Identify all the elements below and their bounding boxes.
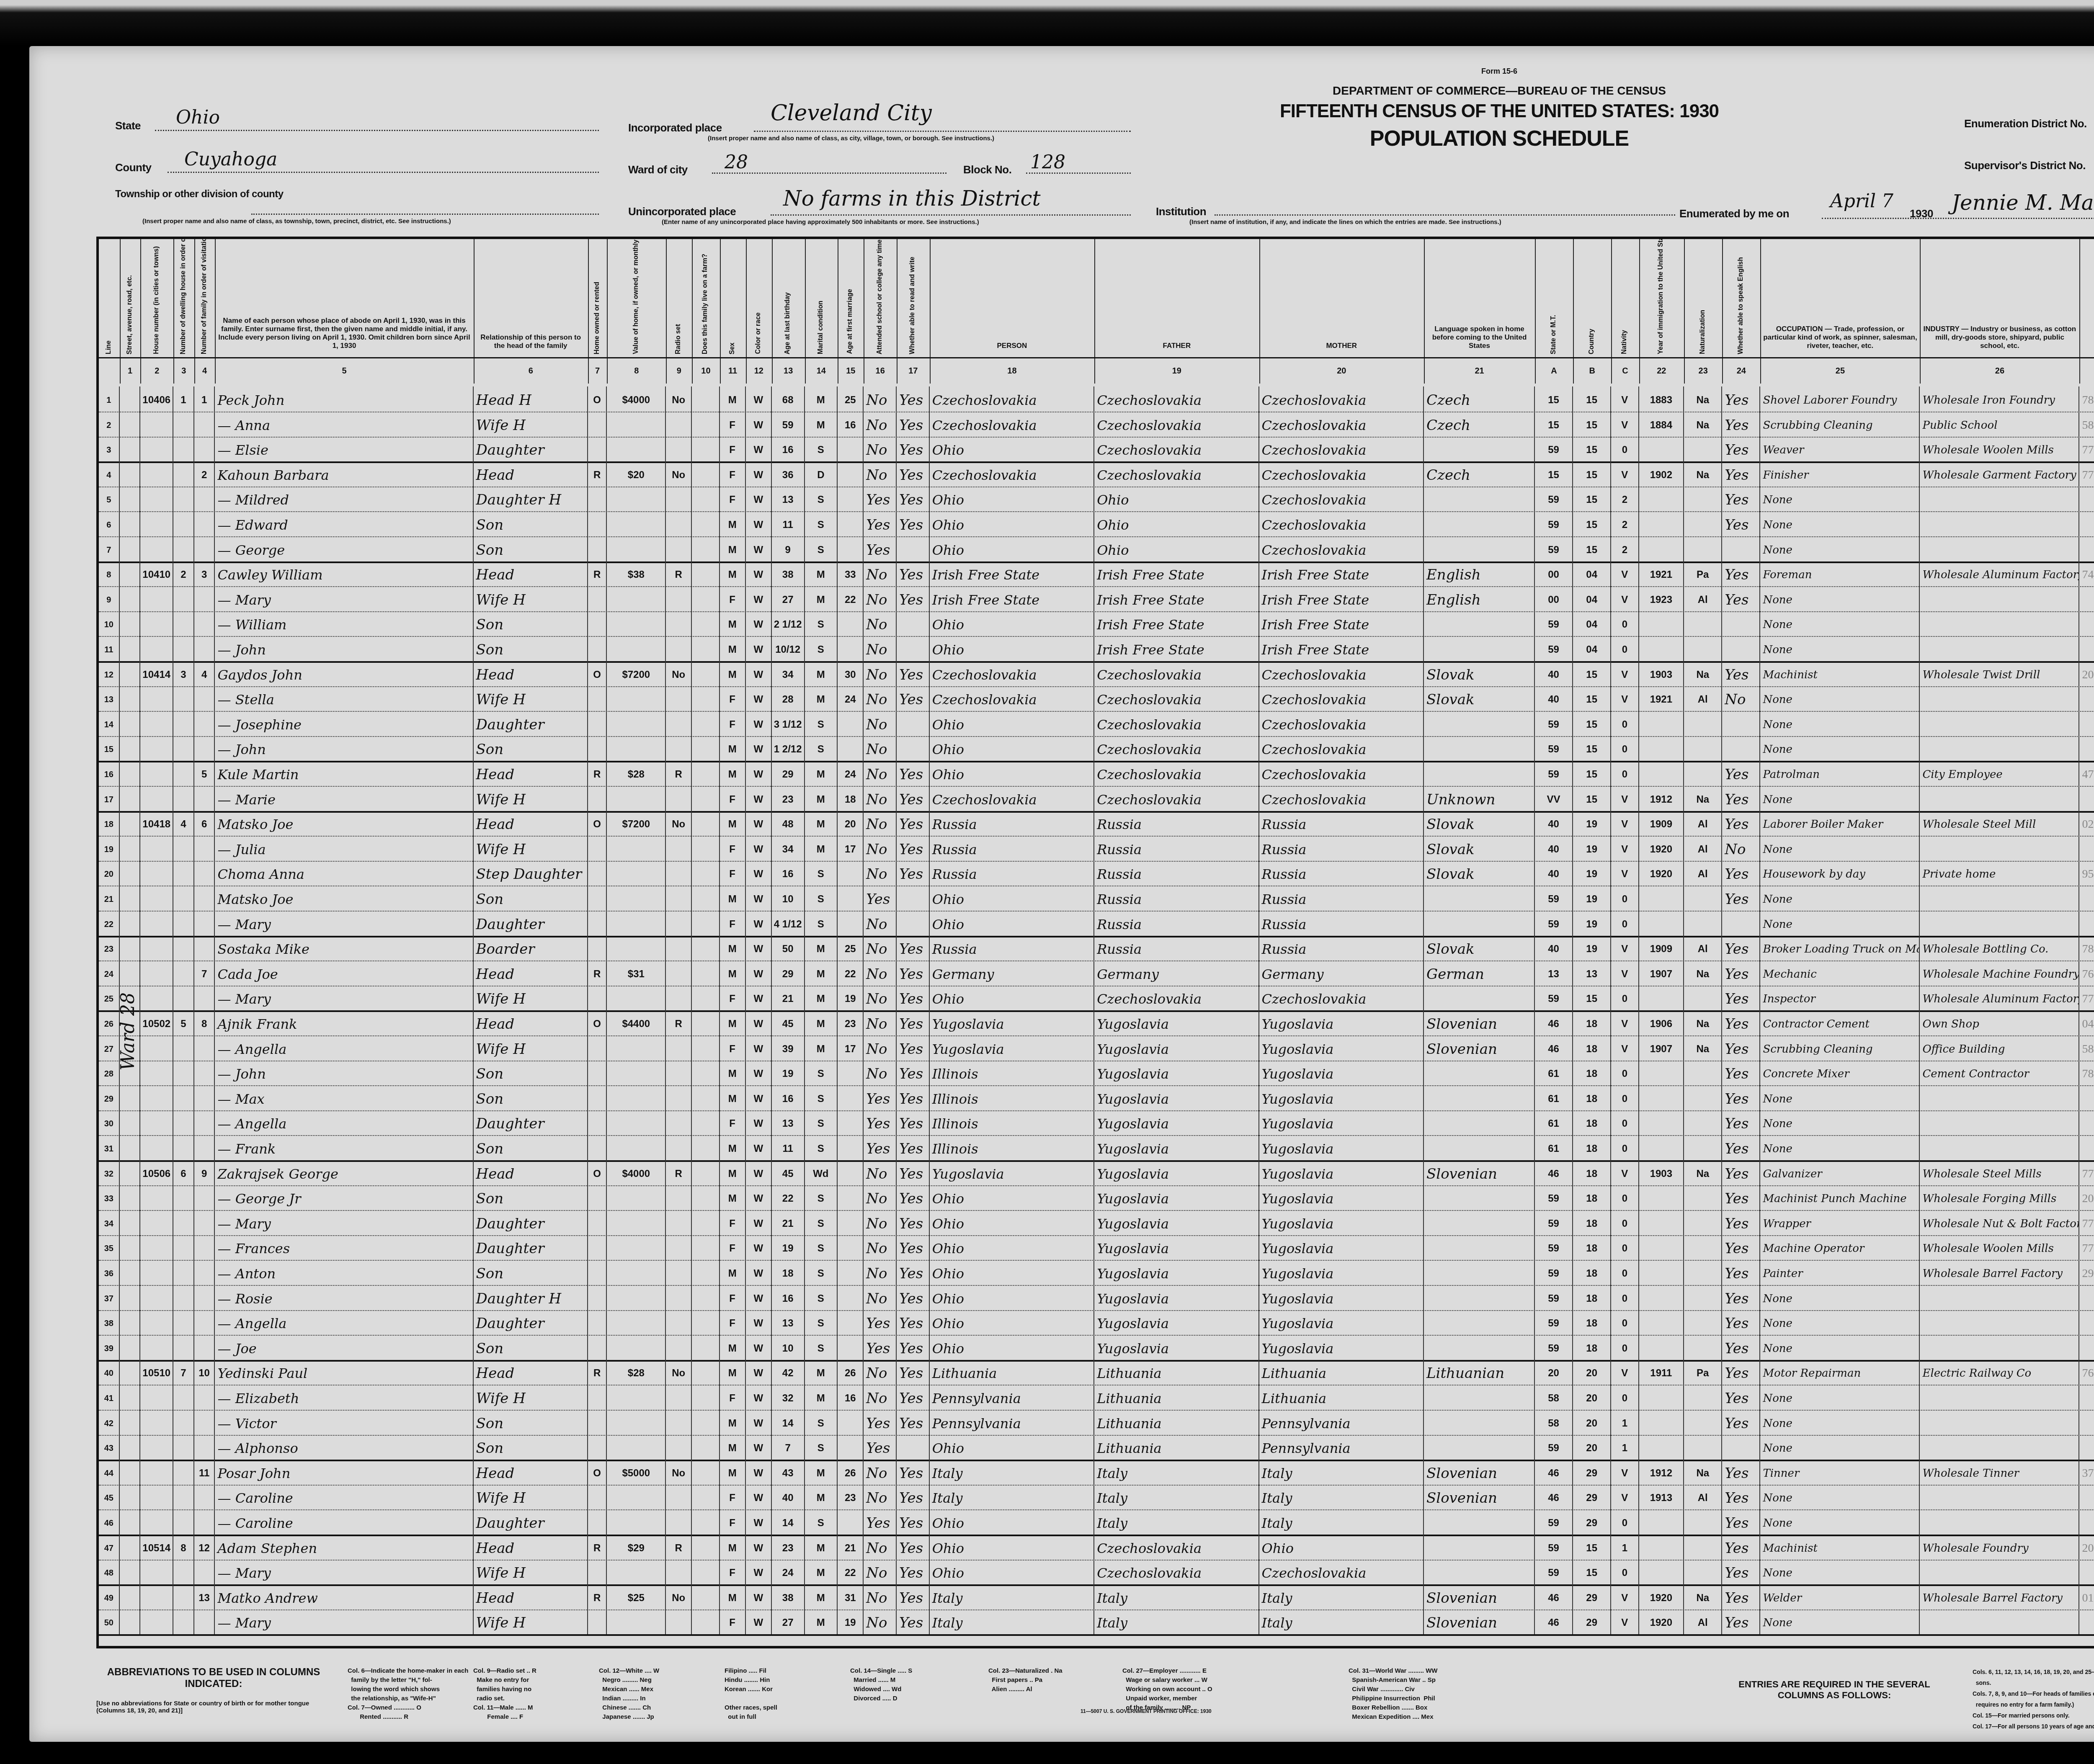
cell-age: 10 bbox=[772, 886, 805, 911]
table-row: 28— JohnSonMW19SNoYesIllinoisYugoslaviaY… bbox=[99, 1060, 2094, 1086]
column-number: 4 bbox=[194, 357, 215, 384]
cell-code-a: 59 bbox=[1535, 1310, 1573, 1335]
cell-sex: M bbox=[720, 1260, 746, 1285]
cell-occupation: Weaver bbox=[1760, 436, 1920, 461]
cell-farm bbox=[692, 985, 719, 1010]
cell-house bbox=[140, 711, 173, 736]
cell-name: Yedinski Paul bbox=[215, 1360, 473, 1385]
cell-race: W bbox=[746, 1010, 772, 1035]
incorporated-place-note: (Insert proper name and also name of cla… bbox=[708, 135, 994, 142]
cell-name: Matsko Joe bbox=[215, 886, 473, 911]
cell-industry: Wholesale Bottling Co. bbox=[1920, 935, 2079, 961]
cell-radio bbox=[666, 436, 692, 461]
cell-owned bbox=[588, 1410, 607, 1435]
cell-age: 7 bbox=[772, 1434, 805, 1460]
cell-name: Peck John bbox=[215, 386, 473, 412]
cell-code-b: 15 bbox=[1573, 761, 1611, 786]
column-header-birth-person: PERSON18 bbox=[930, 239, 1095, 384]
census-title-block: Form 15-6 DEPARTMENT OF COMMERCE—BUREAU … bbox=[1206, 67, 1792, 151]
cell-school: No bbox=[864, 1385, 897, 1410]
cell-code-d: 7753 bbox=[2079, 436, 2094, 461]
cell-name: — Victor bbox=[215, 1410, 473, 1435]
cell-tongue bbox=[1424, 1285, 1535, 1310]
cell-natur bbox=[1684, 985, 1722, 1010]
cell-code-a: 59 bbox=[1535, 1335, 1573, 1360]
cell-radio bbox=[666, 860, 692, 886]
cell-tongue: Czech bbox=[1424, 386, 1535, 412]
cell-sex: F bbox=[720, 436, 746, 461]
cell-natur bbox=[1684, 911, 1722, 936]
cell-owned bbox=[588, 1609, 607, 1634]
cell-english: Yes bbox=[1722, 1385, 1760, 1410]
cell-family: 13 bbox=[194, 1584, 215, 1609]
cell-name: — John bbox=[215, 736, 473, 761]
institution-note: (Insert name of institution, if any, and… bbox=[1189, 219, 1501, 226]
table-row: 20Choma AnnaStep DaughterFW16SNoYesRussi… bbox=[99, 860, 2094, 886]
cell-line: 27 bbox=[99, 1035, 120, 1061]
cell-natur: Na bbox=[1684, 1035, 1722, 1061]
cell-house bbox=[140, 786, 173, 811]
cell-english: Yes bbox=[1722, 860, 1760, 886]
cell-code-d bbox=[2079, 1559, 2094, 1584]
cell-read bbox=[897, 536, 930, 561]
table-row: 38— AngellaDaughterFW13SYesYesOhioYugosl… bbox=[99, 1310, 2094, 1336]
cell-code-d: 7628 bbox=[2079, 961, 2094, 986]
cell-race: W bbox=[746, 886, 772, 911]
cell-relation: Wife H bbox=[474, 412, 588, 437]
cell-code-c: 1 bbox=[1611, 1434, 1639, 1460]
column-header-farm: Does this family live on a farm?10 bbox=[692, 239, 720, 384]
cell-value: $7200 bbox=[607, 661, 666, 686]
cell-industry bbox=[1920, 1609, 2079, 1634]
cell-relation: Wife H bbox=[474, 985, 588, 1010]
cell-birth-person: Yugoslavia bbox=[930, 1010, 1094, 1035]
cell-house bbox=[140, 436, 173, 461]
cell-name: — John bbox=[215, 636, 473, 661]
cell-relation: Son bbox=[474, 536, 588, 561]
cell-age: 13 bbox=[772, 1310, 805, 1335]
cell-farm bbox=[692, 1035, 719, 1061]
cell-occupation: Machinist bbox=[1760, 661, 1920, 686]
cell-house bbox=[140, 611, 173, 636]
cell-dwelling: 4 bbox=[173, 811, 194, 836]
cell-sex: M bbox=[720, 1010, 746, 1035]
column-header-immig: Year of immigration to the United States… bbox=[1639, 239, 1685, 384]
cell-birth-mother: Yugoslavia bbox=[1259, 1160, 1424, 1185]
cell-relation: Head bbox=[474, 461, 588, 487]
incorporated-place-value: Cleveland City bbox=[771, 100, 932, 126]
cell-dwelling bbox=[173, 935, 194, 961]
cell-immig: 1911 bbox=[1639, 1360, 1684, 1385]
cell-age-marr bbox=[838, 1285, 864, 1310]
table-row: 31— FrankSonMW11SYesYesIllinoisYugoslavi… bbox=[99, 1135, 2094, 1162]
cell-code-b: 18 bbox=[1573, 1235, 1611, 1260]
column-number: A bbox=[1535, 357, 1573, 384]
cell-sex: F bbox=[720, 1285, 746, 1310]
cell-code-d bbox=[2079, 1609, 2094, 1634]
column-header-tongue: Language spoken in home before coming to… bbox=[1424, 239, 1536, 384]
cell-birth-mother: Italy bbox=[1259, 1609, 1424, 1634]
cell-owned: R bbox=[588, 1360, 607, 1385]
cell-code-d bbox=[2079, 786, 2094, 811]
cell-family: 6 bbox=[194, 811, 215, 836]
cell-read bbox=[897, 611, 930, 636]
cell-code-c: 0 bbox=[1611, 711, 1639, 736]
cell-birth-mother: Yugoslavia bbox=[1259, 1260, 1424, 1285]
cell-value bbox=[607, 1235, 666, 1260]
cell-occupation: None bbox=[1760, 911, 1920, 936]
cell-dwelling bbox=[173, 1310, 194, 1335]
cell-name: Sostaka Mike bbox=[215, 935, 473, 961]
cell-code-b: 04 bbox=[1573, 586, 1611, 611]
cell-immig bbox=[1639, 1085, 1684, 1110]
column-header-industry: INDUSTRY — Industry or business, as cott… bbox=[1920, 239, 2080, 384]
cell-family: 9 bbox=[194, 1160, 215, 1185]
cell-name: — Alphonso bbox=[215, 1434, 473, 1460]
cell-code-b: 19 bbox=[1573, 836, 1611, 861]
margin-ward-annotation: Ward 28 bbox=[117, 992, 139, 1071]
cell-line: 37 bbox=[99, 1285, 120, 1310]
column-number: 9 bbox=[666, 357, 692, 384]
cell-marital: M bbox=[805, 961, 838, 986]
column-number: 5 bbox=[215, 357, 473, 384]
cell-dwelling bbox=[173, 461, 194, 487]
cell-sex: M bbox=[720, 886, 746, 911]
cell-tongue bbox=[1424, 1509, 1535, 1535]
cell-house bbox=[140, 736, 173, 761]
cell-code-b: 18 bbox=[1573, 1010, 1611, 1035]
cell-line: 8 bbox=[99, 561, 120, 586]
cell-value bbox=[607, 1484, 666, 1509]
cell-code-c: V bbox=[1611, 412, 1639, 437]
cell-street bbox=[120, 611, 141, 636]
cell-birth-father: Italy bbox=[1094, 1584, 1259, 1609]
cell-dwelling bbox=[173, 1110, 194, 1135]
cell-age-marr bbox=[838, 1235, 864, 1260]
cell-age: 28 bbox=[772, 686, 805, 711]
cell-birth-father: Italy bbox=[1094, 1484, 1259, 1509]
cell-farm bbox=[692, 661, 719, 686]
cell-race: W bbox=[746, 1185, 772, 1210]
cell-age: 1 2/12 bbox=[772, 736, 805, 761]
cell-birth-person: Ohio bbox=[930, 1335, 1094, 1360]
cell-race: W bbox=[746, 511, 772, 536]
column-header-label: Home owned or rented bbox=[593, 282, 601, 354]
cell-code-a: 46 bbox=[1535, 1010, 1573, 1035]
cell-immig: 1909 bbox=[1639, 811, 1684, 836]
cell-dwelling bbox=[173, 1584, 194, 1609]
cell-occupation: None bbox=[1760, 611, 1920, 636]
column-header-school: Attended school or college any time sinc… bbox=[864, 239, 897, 384]
cell-house bbox=[140, 860, 173, 886]
cell-birth-person: Ohio bbox=[930, 1210, 1094, 1235]
cell-industry bbox=[1920, 1385, 2079, 1410]
cell-code-a: 61 bbox=[1535, 1135, 1573, 1160]
cell-name: — Angella bbox=[215, 1035, 473, 1061]
column-header-label: Radio set bbox=[675, 324, 682, 354]
cell-value bbox=[607, 1559, 666, 1584]
cell-radio bbox=[666, 1484, 692, 1509]
cell-age-marr: 26 bbox=[838, 1360, 864, 1385]
cell-birth-father: Czechoslovakia bbox=[1094, 761, 1259, 786]
cell-birth-person: Ohio bbox=[930, 711, 1094, 736]
table-row: 247Cada JoeHeadR$31MW29M22NoYesGermanyGe… bbox=[99, 961, 2094, 986]
cell-line: 46 bbox=[99, 1509, 120, 1535]
cell-sex: F bbox=[720, 1484, 746, 1509]
cell-code-d: 3735 bbox=[2079, 1460, 2094, 1485]
cell-owned: O bbox=[588, 661, 607, 686]
cell-house bbox=[140, 761, 173, 786]
cell-code-c: V bbox=[1611, 1035, 1639, 1061]
cell-line: 43 bbox=[99, 1434, 120, 1460]
cell-code-c: V bbox=[1611, 811, 1639, 836]
cell-race: W bbox=[746, 1609, 772, 1634]
cell-race: W bbox=[746, 412, 772, 437]
cell-industry bbox=[1920, 536, 2079, 561]
cell-immig bbox=[1639, 636, 1684, 661]
cell-marital: M bbox=[805, 985, 838, 1010]
cell-age: 10/12 bbox=[772, 636, 805, 661]
cell-natur: Pa bbox=[1684, 1360, 1722, 1385]
cell-house: 10410 bbox=[140, 561, 173, 586]
cell-birth-mother: Czechoslovakia bbox=[1259, 486, 1424, 511]
cell-age-marr: 18 bbox=[838, 786, 864, 811]
cell-code-b: 19 bbox=[1573, 911, 1611, 936]
cell-occupation: Wrapper bbox=[1760, 1210, 1920, 1235]
cell-english: Yes bbox=[1722, 1310, 1760, 1335]
cell-street bbox=[120, 1559, 141, 1584]
table-row: 11040611Peck JohnHead HO$4000NoMW68M25No… bbox=[99, 386, 2094, 412]
cell-code-d: 7828 bbox=[2079, 386, 2094, 412]
cell-code-d bbox=[2079, 836, 2094, 861]
cell-natur: Na bbox=[1684, 461, 1722, 487]
cell-sex: F bbox=[720, 911, 746, 936]
cell-relation: Son bbox=[474, 1135, 588, 1160]
cell-birth-person: Pennsylvania bbox=[930, 1410, 1094, 1435]
enumeration-district-label: Enumeration District No. bbox=[1964, 117, 2087, 130]
cell-english: Yes bbox=[1722, 486, 1760, 511]
cell-marital: S bbox=[805, 911, 838, 936]
cell-house bbox=[140, 636, 173, 661]
cell-age: 9 bbox=[772, 536, 805, 561]
cell-immig bbox=[1639, 911, 1684, 936]
cell-name: Kahoun Barbara bbox=[215, 461, 473, 487]
cell-occupation: Machinist bbox=[1760, 1535, 1920, 1560]
cell-code-b: 04 bbox=[1573, 636, 1611, 661]
cell-farm bbox=[692, 1160, 719, 1185]
cell-owned bbox=[588, 436, 607, 461]
cell-read: Yes bbox=[897, 1060, 930, 1085]
cell-immig bbox=[1639, 536, 1684, 561]
table-row: 17— MarieWife HFW23M18NoYesCzechoslovaki… bbox=[99, 786, 2094, 813]
cell-code-d bbox=[2079, 1434, 2094, 1460]
cell-natur bbox=[1684, 1509, 1722, 1535]
cell-house bbox=[140, 1509, 173, 1535]
cell-race: W bbox=[746, 911, 772, 936]
cell-code-c: V bbox=[1611, 1360, 1639, 1385]
cell-owned bbox=[588, 1484, 607, 1509]
cell-dwelling bbox=[173, 886, 194, 911]
cell-line: 40 bbox=[99, 1360, 120, 1385]
cell-code-c: 0 bbox=[1611, 1060, 1639, 1085]
cell-natur bbox=[1684, 1260, 1722, 1285]
table-row: 41— ElizabethWife HFW32M16NoYesPennsylva… bbox=[99, 1385, 2094, 1411]
abbr-col14: Col. 14—Single ..... S Married ...... M … bbox=[850, 1666, 912, 1703]
cell-read: Yes bbox=[897, 1609, 930, 1634]
cell-dwelling: 2 bbox=[173, 561, 194, 586]
cell-natur: Al bbox=[1684, 811, 1722, 836]
cell-age-marr bbox=[838, 736, 864, 761]
cell-school: No bbox=[864, 611, 897, 636]
cell-code-b: 18 bbox=[1573, 1110, 1611, 1135]
cell-house: 10406 bbox=[140, 386, 173, 412]
cell-name: — Mildred bbox=[215, 486, 473, 511]
cell-street bbox=[120, 860, 141, 886]
column-number: 15 bbox=[838, 357, 864, 384]
cell-age-marr bbox=[838, 636, 864, 661]
cell-owned bbox=[588, 1509, 607, 1535]
cell-immig: 1920 bbox=[1639, 860, 1684, 886]
cell-industry bbox=[1920, 611, 2079, 636]
cell-code-a: 59 bbox=[1535, 911, 1573, 936]
column-header-label: Number of family in order of visitation bbox=[201, 239, 208, 354]
cell-english: Yes bbox=[1722, 961, 1760, 986]
cell-relation: Son bbox=[474, 886, 588, 911]
cell-value bbox=[607, 511, 666, 536]
cell-radio bbox=[666, 935, 692, 961]
cell-code-b: 18 bbox=[1573, 1085, 1611, 1110]
unincorporated-place-note: (Enter name of any unincorporated place … bbox=[662, 219, 979, 226]
cell-family: 4 bbox=[194, 661, 215, 686]
state-label: State bbox=[115, 119, 141, 132]
cell-line: 3 bbox=[99, 436, 120, 461]
cell-code-b: 15 bbox=[1573, 736, 1611, 761]
cell-birth-mother: Germany bbox=[1259, 961, 1424, 986]
cell-code-c: V bbox=[1611, 461, 1639, 487]
cell-birth-father: Italy bbox=[1094, 1509, 1259, 1535]
cell-birth-father: Irish Free State bbox=[1094, 611, 1259, 636]
cell-age: 34 bbox=[772, 836, 805, 861]
cell-value bbox=[607, 786, 666, 811]
cell-english bbox=[1722, 636, 1760, 661]
cell-immig: 1921 bbox=[1639, 561, 1684, 586]
cell-birth-mother: Ohio bbox=[1259, 1535, 1424, 1560]
cell-occupation: None bbox=[1760, 1509, 1920, 1535]
cell-school: No bbox=[864, 786, 897, 811]
table-row: 22— MaryDaughterFW4 1/12SNoOhioRussiaRus… bbox=[99, 911, 2094, 937]
cell-code-c: V bbox=[1611, 836, 1639, 861]
cell-dwelling bbox=[173, 1260, 194, 1285]
abbr-col27: Col. 27—Employer ............ E Wage or … bbox=[1122, 1666, 1212, 1712]
cell-code-c: 0 bbox=[1611, 636, 1639, 661]
cell-immig bbox=[1639, 1335, 1684, 1360]
cell-age: 45 bbox=[772, 1010, 805, 1035]
cell-family bbox=[194, 412, 215, 437]
cell-code-a: 59 bbox=[1535, 1185, 1573, 1210]
cell-school: Yes bbox=[864, 536, 897, 561]
column-header-label: Line bbox=[105, 340, 113, 354]
cell-tongue bbox=[1424, 1135, 1535, 1160]
cell-race: W bbox=[746, 961, 772, 986]
cell-family bbox=[194, 935, 215, 961]
cell-radio: No bbox=[666, 1584, 692, 1609]
cell-name: — Josephine bbox=[215, 711, 473, 736]
cell-tongue: Czech bbox=[1424, 461, 1535, 487]
cell-family: 8 bbox=[194, 1010, 215, 1035]
cell-birth-father: Czechoslovakia bbox=[1094, 412, 1259, 437]
cell-code-b: 15 bbox=[1573, 412, 1611, 437]
column-number: 18 bbox=[930, 357, 1094, 384]
cell-birth-person: Czechoslovakia bbox=[930, 661, 1094, 686]
cell-age: 68 bbox=[772, 386, 805, 412]
cell-code-a: 59 bbox=[1535, 1535, 1573, 1560]
block-value: 128 bbox=[1030, 152, 1065, 173]
cell-birth-mother: Russia bbox=[1259, 836, 1424, 861]
cell-sex: M bbox=[720, 935, 746, 961]
cell-line: 30 bbox=[99, 1110, 120, 1135]
cell-immig bbox=[1639, 1235, 1684, 1260]
cell-birth-father: Yugoslavia bbox=[1094, 1010, 1259, 1035]
cell-industry: Wholesale Woolen Mills bbox=[1920, 436, 2079, 461]
entries-required-title: ENTRIES ARE REQUIRED IN THE SEVERAL COLU… bbox=[1717, 1679, 1952, 1701]
cell-race: W bbox=[746, 1160, 772, 1185]
cell-relation: Son bbox=[474, 1060, 588, 1085]
cell-code-c: 0 bbox=[1611, 1385, 1639, 1410]
cell-birth-mother: Czechoslovakia bbox=[1259, 511, 1424, 536]
cell-read: Yes bbox=[897, 961, 930, 986]
cell-code-b: 04 bbox=[1573, 611, 1611, 636]
cell-family bbox=[194, 1385, 215, 1410]
cell-line: 36 bbox=[99, 1260, 120, 1285]
cell-relation: Son bbox=[474, 1085, 588, 1110]
column-header-label: PERSON bbox=[932, 342, 1092, 350]
cell-natur: Na bbox=[1684, 961, 1722, 986]
cell-sex: M bbox=[720, 1584, 746, 1609]
cell-value bbox=[607, 486, 666, 511]
cell-radio bbox=[666, 736, 692, 761]
cell-industry: Public School bbox=[1920, 412, 2079, 437]
cell-age-marr: 19 bbox=[838, 1609, 864, 1634]
cell-age-marr: 23 bbox=[838, 1484, 864, 1509]
cell-immig bbox=[1639, 1060, 1684, 1085]
cell-relation: Wife H bbox=[474, 1559, 588, 1584]
cell-sex: M bbox=[720, 1135, 746, 1160]
cell-house bbox=[140, 536, 173, 561]
cell-natur bbox=[1684, 1060, 1722, 1085]
cell-name: — Anton bbox=[215, 1260, 473, 1285]
column-header-code-a: State or M.T.A bbox=[1535, 239, 1574, 384]
cell-family bbox=[194, 786, 215, 811]
cell-relation: Head bbox=[474, 1460, 588, 1485]
cell-age-marr: 26 bbox=[838, 1460, 864, 1485]
cell-owned bbox=[588, 1310, 607, 1335]
cell-occupation: None bbox=[1760, 1085, 1920, 1110]
cell-immig: 1907 bbox=[1639, 1035, 1684, 1061]
cell-age: 19 bbox=[772, 1060, 805, 1085]
column-header-radio: Radio set9 bbox=[666, 239, 693, 384]
table-row: 11— JohnSonMW10/12SNoOhioIrish Free Stat… bbox=[99, 636, 2094, 663]
cell-english bbox=[1722, 736, 1760, 761]
cell-sex: M bbox=[720, 1535, 746, 1560]
cell-house bbox=[140, 586, 173, 611]
cell-school: No bbox=[864, 1260, 897, 1285]
cell-code-d bbox=[2079, 911, 2094, 936]
cell-birth-person: Ohio bbox=[930, 511, 1094, 536]
cell-value bbox=[607, 736, 666, 761]
cell-owned bbox=[588, 611, 607, 636]
cell-value bbox=[607, 536, 666, 561]
cell-age: 48 bbox=[772, 811, 805, 836]
